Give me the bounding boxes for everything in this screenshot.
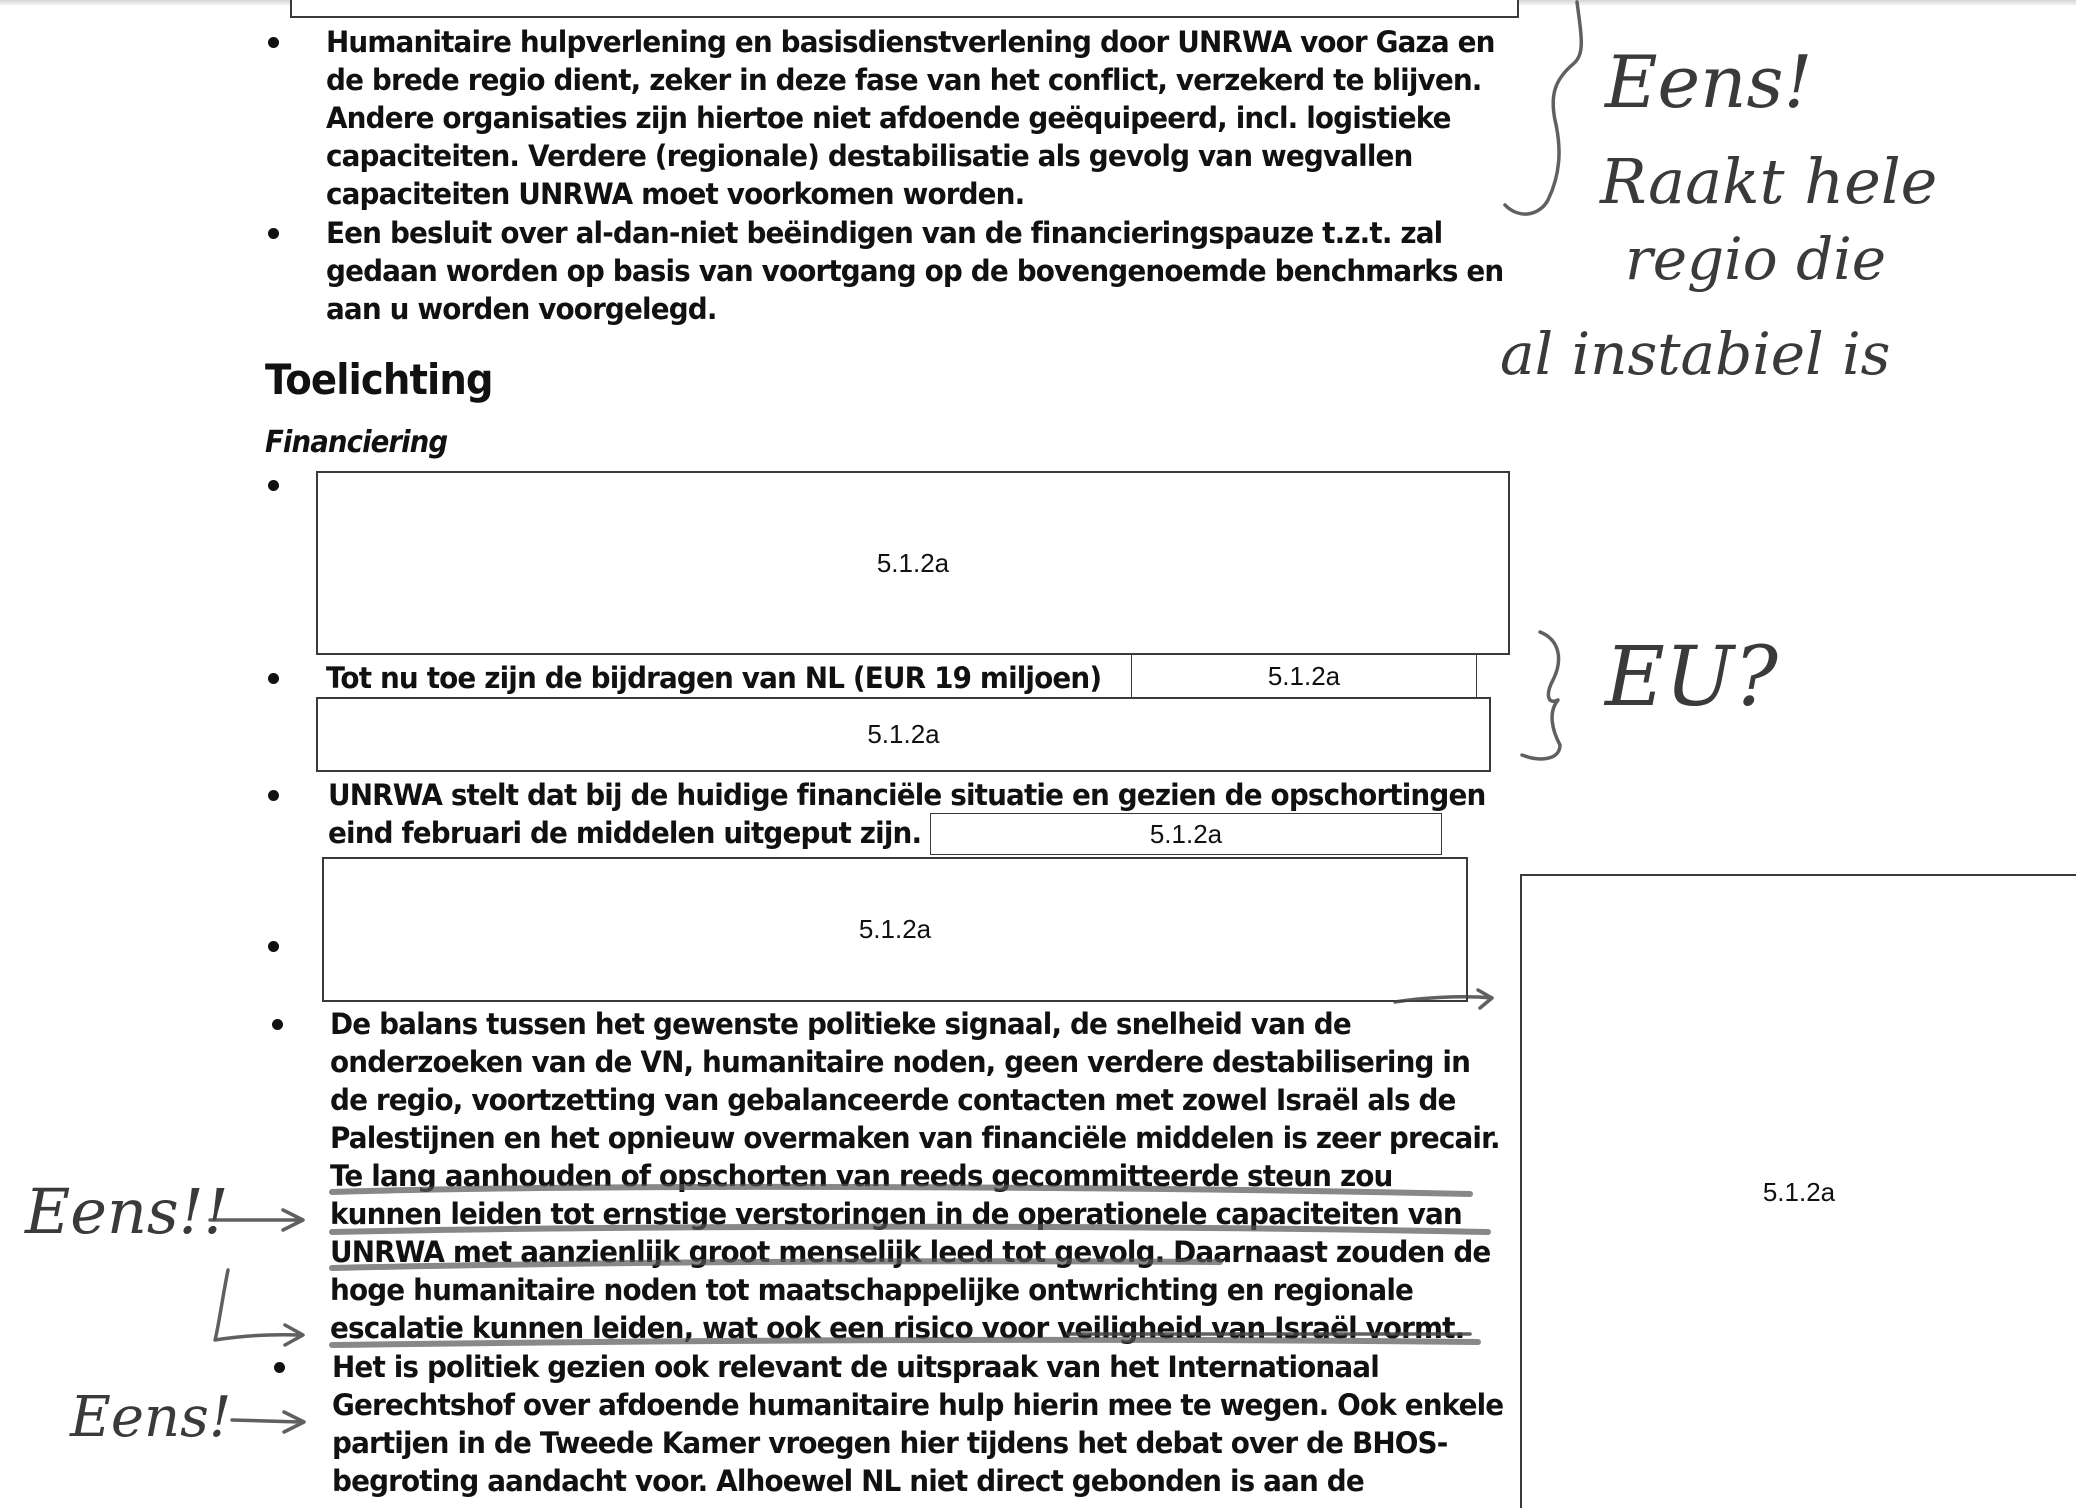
intro-bullet-1-line-3: Andere organisaties zijn hiertoe niet af… bbox=[326, 99, 1451, 137]
balance-line-4: Palestijnen en het opnieuw overmaken van… bbox=[330, 1119, 1500, 1157]
bullet bbox=[268, 228, 279, 239]
bullet bbox=[274, 1362, 285, 1373]
intro-bullet-2-line-1: Een besluit over al-dan-niet beëindigen … bbox=[326, 214, 1442, 252]
brace-icon bbox=[1505, 2, 1581, 214]
handwritten-note-line: al instabiel is bbox=[1500, 320, 1890, 388]
intro-bullet-1-line-4: capaciteiten. Verdere (regionale) destab… bbox=[326, 137, 1412, 175]
balance-line-6: kunnen leiden tot ernstige verstoringen … bbox=[330, 1195, 1462, 1233]
balance-line-1: De balans tussen het gewenste politieke … bbox=[330, 1005, 1351, 1043]
balance-line-3: de regio, voortzetting van gebalanceerde… bbox=[330, 1081, 1456, 1119]
contribution-line: Tot nu toe zijn de bijdragen van NL (EUR… bbox=[326, 659, 1101, 697]
handwritten-note-line: Raakt hele bbox=[1600, 145, 1937, 218]
handwritten-note-agree-strong: Eens!! bbox=[25, 1175, 229, 1248]
intro-bullet-1-line-5: capaciteiten UNRWA moet voorkomen worden… bbox=[326, 175, 1024, 213]
unrwa-line-2: eind februari de middelen uitgeput zijn. bbox=[328, 814, 921, 852]
icj-line-1: Het is politiek gezien ook relevant de u… bbox=[332, 1348, 1379, 1386]
redaction-code: 5.1.2a bbox=[1268, 661, 1340, 692]
brace-icon bbox=[1522, 632, 1560, 759]
intro-bullet-1-line-1: Humanitaire hulpverlening en basisdienst… bbox=[326, 23, 1495, 61]
redaction-box: 5.1.2a bbox=[316, 697, 1491, 772]
redaction-box: 5.1.2a bbox=[322, 857, 1468, 1002]
redaction-box-margin: 5.1.2a bbox=[1520, 874, 2076, 1508]
balance-line-8: hoge humanitaire noden tot maatschappeli… bbox=[330, 1271, 1413, 1309]
handwritten-note-agree: Eens! bbox=[70, 1385, 231, 1450]
arrow-icon bbox=[232, 1412, 304, 1432]
redaction-code: 5.1.2a bbox=[1150, 819, 1222, 850]
redaction-box: 5.1.2a bbox=[930, 813, 1442, 855]
redaction-code: 5.1.2a bbox=[877, 548, 949, 579]
bullet bbox=[268, 941, 279, 952]
intro-bullet-1-line-2: de brede regio dient, zeker in deze fase… bbox=[326, 61, 1482, 99]
handwritten-note-eu: EU? bbox=[1605, 630, 1778, 725]
icj-line-4: begroting aandacht voor. Alhoewel NL nie… bbox=[332, 1462, 1364, 1500]
redaction-box: 5.1.2a bbox=[1131, 654, 1477, 698]
subsection-heading: Financiering bbox=[265, 425, 447, 460]
handwritten-note-line: regio die bbox=[1625, 225, 1886, 293]
icj-line-2: Gerechtshof over afdoende humanitaire hu… bbox=[332, 1386, 1503, 1424]
balance-line-7: UNRWA met aanzienlijk groot menselijk le… bbox=[330, 1233, 1490, 1271]
redaction-code: 5.1.2a bbox=[1763, 1177, 1835, 1208]
redaction-code: 5.1.2a bbox=[867, 719, 939, 750]
redaction-box-top bbox=[290, 0, 1519, 18]
arrow-icon bbox=[215, 1270, 303, 1345]
balance-line-2: onderzoeken van de VN, humanitaire noden… bbox=[330, 1043, 1470, 1081]
intro-bullet-2-line-2: gedaan worden op basis van voortgang op … bbox=[326, 252, 1503, 290]
bullet bbox=[268, 790, 279, 801]
intro-bullet-2-line-3: aan u worden voorgelegd. bbox=[326, 290, 717, 328]
bullet bbox=[268, 37, 279, 48]
bullet bbox=[272, 1019, 283, 1030]
bullet bbox=[268, 480, 279, 491]
balance-line-5: Te lang aanhouden of opschorten van reed… bbox=[330, 1157, 1393, 1195]
handwritten-note-agree: Eens! bbox=[1605, 40, 1812, 124]
redaction-box: 5.1.2a bbox=[316, 471, 1510, 655]
balance-line-9: escalatie kunnen leiden, wat ook een ris… bbox=[330, 1309, 1464, 1347]
section-heading: Toelichting bbox=[265, 355, 493, 404]
unrwa-line-1: UNRWA stelt dat bij de huidige financiël… bbox=[328, 776, 1485, 814]
redaction-code: 5.1.2a bbox=[859, 914, 931, 945]
icj-line-3: partijen in de Tweede Kamer vroegen hier… bbox=[332, 1424, 1447, 1462]
bullet bbox=[268, 673, 279, 684]
